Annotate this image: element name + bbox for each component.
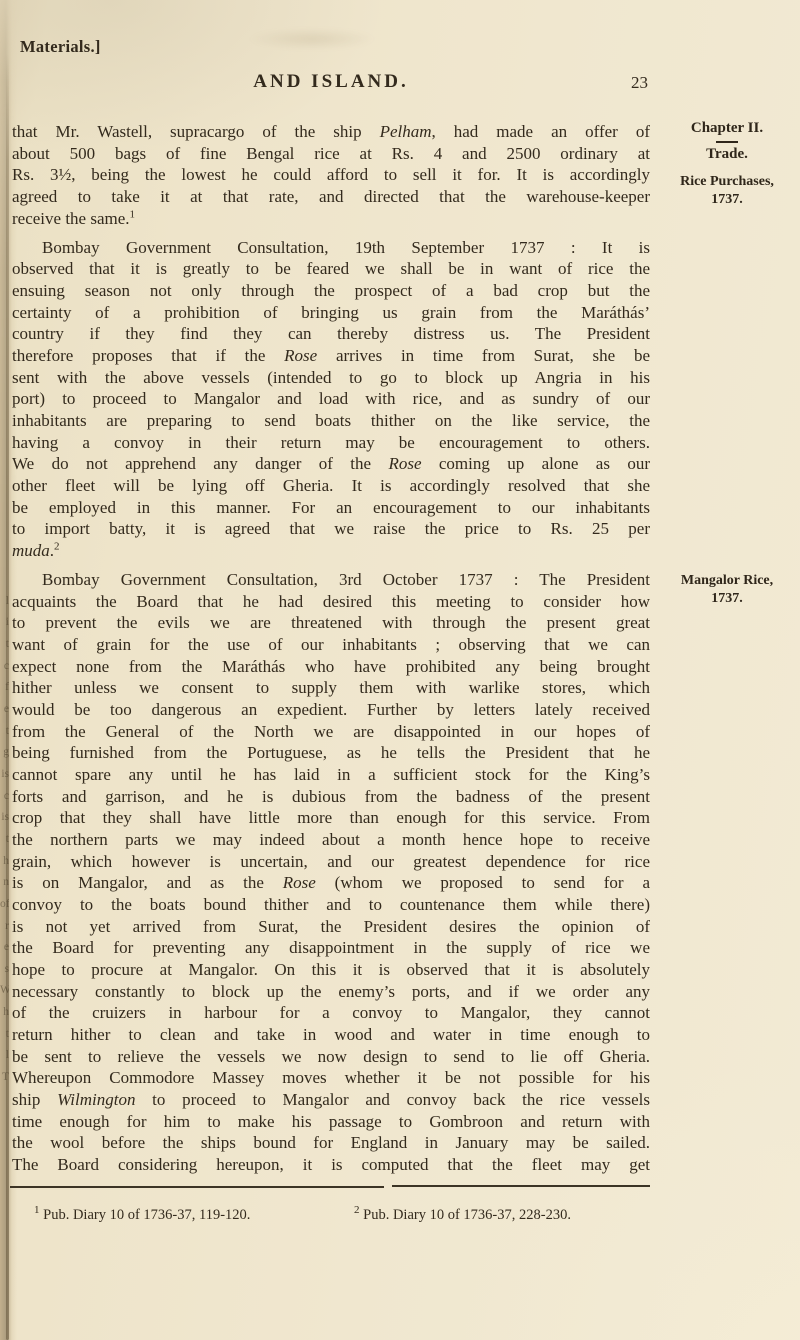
side-note-line: Mangalor Rice, — [656, 572, 798, 590]
gutter-fragment: l — [0, 1045, 9, 1067]
running-title: AND ISLAND. — [12, 71, 650, 93]
gutter-fragment: t — [0, 829, 9, 851]
text-line: Rs. 3½, being the lowest he could afford… — [12, 164, 650, 186]
text-line: receive the same.1 — [12, 208, 650, 230]
gutter-fragment: is — [0, 807, 9, 829]
text-line: to prevent the evils we are threatened w… — [12, 612, 650, 634]
chapter-rule — [716, 141, 738, 143]
text-line: return hither to clean and take in wood … — [12, 1024, 650, 1046]
text-line: ship Wilmington to proceed to Mangalor a… — [12, 1089, 650, 1111]
paragraph: Bombay Government Consultation, 19th Sep… — [12, 237, 650, 562]
text-line: being furnished from the Portuguese, as … — [12, 742, 650, 764]
text-line: country if they find they can thereby di… — [12, 323, 650, 345]
text-line: would be too dangerous an expedient. Fur… — [12, 699, 650, 721]
gutter-fragment — [0, 1110, 9, 1132]
text-line: the Board for preventing any disappointm… — [12, 937, 650, 959]
text-line: expect none from the Maráthás who have p… — [12, 656, 650, 678]
gutter-fragment: is — [0, 764, 9, 786]
text-line: necessary constantly to block up the ene… — [12, 981, 650, 1003]
footnote-rule-left — [10, 1186, 384, 1188]
footnote-rule-right — [392, 1185, 650, 1187]
gutter-fragment — [0, 1089, 9, 1111]
text-line: the wool before the ships bound for Engl… — [12, 1132, 650, 1154]
text-line: certainty of a prohibition of bringing u… — [12, 302, 650, 324]
text-line: be sent to relieve the vessels we now de… — [12, 1046, 650, 1068]
text-line: having a convoy in their return may be e… — [12, 432, 650, 454]
gutter-fragment: n — [0, 872, 9, 894]
text-line: Bombay Government Consultation, 3rd Octo… — [12, 569, 650, 591]
gutter-fragment: h — [0, 851, 9, 873]
text-line: port) to proceed to Mangalor and load wi… — [12, 388, 650, 410]
gutter-fragment: t — [0, 634, 9, 656]
text-line: cannot spare any until he has laid in a … — [12, 764, 650, 786]
gutter-fragment: of — [0, 894, 9, 916]
side-note-line: 1737. — [656, 191, 798, 209]
gutter-fragment: s — [0, 959, 9, 981]
text-line: time enough for him to make his passage … — [12, 1111, 650, 1133]
text-line: of the cruizers in harbour for a convoy … — [12, 1002, 650, 1024]
gutter-fragment: t — [0, 1024, 9, 1046]
side-note-rice-purchases: Rice Purchases,1737. — [656, 173, 798, 208]
page-number: 23 — [600, 73, 648, 93]
side-note-line: 1737. — [656, 590, 798, 608]
gutter-fragment: e — [0, 937, 9, 959]
facing-page-text-bleed: litcfetgiscisthnofresWhtlT — [0, 569, 9, 1132]
margin-note-mangalor-rice: Mangalor Rice,1737. — [656, 572, 798, 607]
text-line: is on Mangalor, and as the Rose (whom we… — [12, 872, 650, 894]
text-line: The Board considering hereupon, it is co… — [12, 1154, 650, 1176]
text-line: observed that it is greatly to be feared… — [12, 258, 650, 280]
book-page: litcfetgiscisthnofresWhtlT Materials.] A… — [0, 0, 800, 1340]
gutter-fragment: i — [0, 612, 9, 634]
gutter-fragment: c — [0, 786, 9, 808]
section-heading: Trade. — [656, 145, 798, 164]
text-line: Whereupon Commodore Massey moves whether… — [12, 1067, 650, 1089]
text-line: therefore proposes that if the Rose arri… — [12, 345, 650, 367]
text-line: hither unless we consent to supply them … — [12, 677, 650, 699]
gutter-fragment: l — [0, 591, 9, 613]
gutter-fragment: e — [0, 699, 9, 721]
text-line: Bombay Government Consultation, 19th Sep… — [12, 237, 650, 259]
gutter-fragment: h — [0, 1002, 9, 1024]
footnote-separator — [10, 1186, 650, 1188]
signature-mark: Materials.] — [20, 37, 101, 57]
text-line: muda.2 — [12, 540, 650, 562]
gutter-fragment: W — [0, 980, 9, 1002]
text-line: acquaints the Board that he had desired … — [12, 591, 650, 613]
text-line: ensuing season not only through the pros… — [12, 280, 650, 302]
paragraph: Bombay Government Consultation, 3rd Octo… — [12, 569, 650, 1175]
text-line: want of grain for the use of our inhabit… — [12, 634, 650, 656]
side-note-line: Rice Purchases, — [656, 173, 798, 191]
footnote-1: 1 Pub. Diary 10 of 1736-37, 119-120. — [34, 1206, 250, 1225]
gutter-fragment: f — [0, 677, 9, 699]
text-line: that Mr. Wastell, supracargo of the ship… — [12, 121, 650, 143]
text-line: other fleet will be lying off Gheria. It… — [12, 475, 650, 497]
footnote-2: 2 Pub. Diary 10 of 1736-37, 228-230. — [354, 1206, 571, 1225]
margin-note-chapter: Chapter II. Trade. Rice Purchases,1737. — [656, 119, 798, 208]
chapter-heading: Chapter II. — [656, 119, 798, 138]
text-line: from the General of the North we are dis… — [12, 721, 650, 743]
text-line: be employed in this manner. For an encou… — [12, 497, 650, 519]
gutter-fragment: T — [0, 1067, 9, 1089]
text-line: hope to procure at Mangalor. On this it … — [12, 959, 650, 981]
text-line: about 500 bags of fine Bengal rice at Rs… — [12, 143, 650, 165]
gutter-fragment: g — [0, 742, 9, 764]
text-line: grain, which however is uncertain, and o… — [12, 851, 650, 873]
text-line: the northern parts we may indeed about a… — [12, 829, 650, 851]
gutter-fragment: r — [0, 916, 9, 938]
gutter-fragment: t — [0, 721, 9, 743]
text-line: agreed to take it at that rate, and dire… — [12, 186, 650, 208]
text-line: to import batty, it is agreed that we ra… — [12, 518, 650, 540]
paragraph: that Mr. Wastell, supracargo of the ship… — [12, 121, 650, 229]
text-line: convoy to the boats bound thither and to… — [12, 894, 650, 916]
body-text: that Mr. Wastell, supracargo of the ship… — [12, 121, 650, 1176]
ink-showthrough-smudge — [248, 28, 376, 50]
gutter-fragment: c — [0, 656, 9, 678]
text-line: sent with the above vessels (intended to… — [12, 367, 650, 389]
text-line: is not yet arrived from Surat, the Presi… — [12, 916, 650, 938]
text-line: forts and garrison, and he is dubious fr… — [12, 786, 650, 808]
text-line: crop that they shall have little more th… — [12, 807, 650, 829]
text-line: We do not apprehend any danger of the Ro… — [12, 453, 650, 475]
text-line: inhabitants are preparing to send boats … — [12, 410, 650, 432]
gutter-fragment — [0, 569, 9, 591]
